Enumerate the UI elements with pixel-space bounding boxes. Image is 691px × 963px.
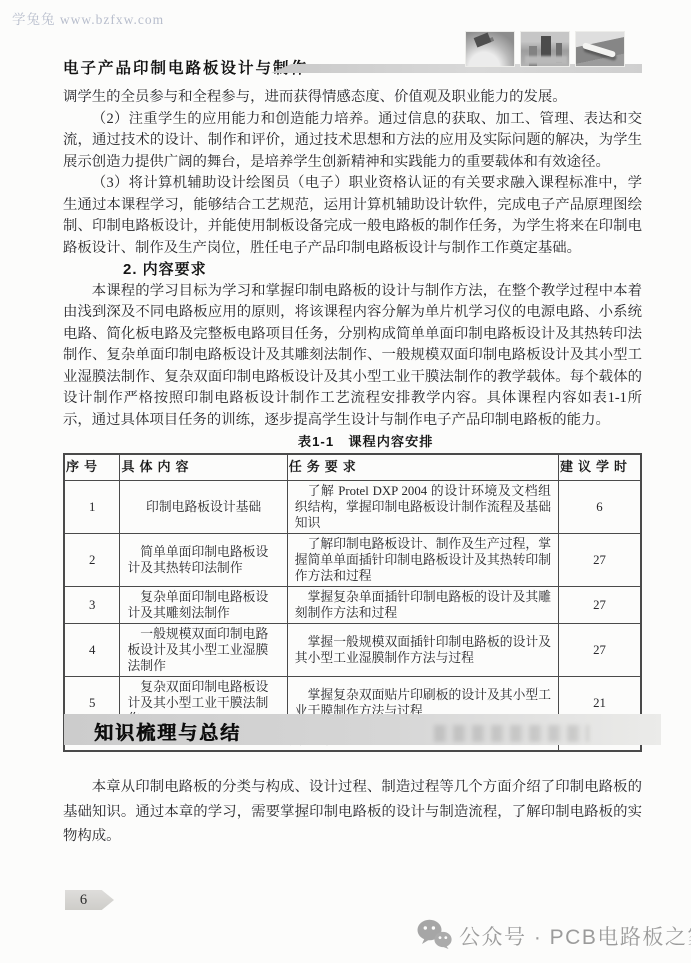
table-row: 3 复杂单面印制电路板设计及其雕刻法制作 掌握复杂单面插针印制电路板的设计及其雕… bbox=[64, 587, 641, 624]
summary-paragraph: 本章从印制电路板的分类与构成、设计过程、制造过程等几个方面介绍了印制电路板的基础… bbox=[63, 775, 642, 849]
page-number: 6 bbox=[80, 892, 87, 909]
table-row: 2 简单单面印制电路板设计及其热转印法制作 了解印制电路板设计、制作及生产过程，… bbox=[64, 534, 641, 587]
book-title: 电子产品印制电路板设计与制作 bbox=[63, 56, 308, 78]
cell-content: 复杂单面印制电路板设计及其雕刻法制作 bbox=[120, 587, 287, 624]
wechat-icon bbox=[417, 919, 452, 954]
section-heading-content-requirements: 2. 内容要求 bbox=[63, 259, 642, 281]
footer-account-text: 公众号 · PCB电路板之家 bbox=[459, 921, 691, 951]
cell-task: 了解 Protel DXP 2004 的设计环境及文档组织结构，掌握印制电路板设… bbox=[287, 481, 558, 534]
main-text-block: 调学生的全员参与和全程参与，进而获得情感态度、价值观及职业能力的发展。 （2）注… bbox=[63, 87, 642, 752]
table-caption: 表1-1 课程内容安排 bbox=[63, 431, 642, 453]
table-row: 4 一般规模双面印制电路板设计及其小型工业湿膜法制作 掌握一般规模双面插针印制电… bbox=[64, 624, 641, 677]
cell-no: 1 bbox=[64, 481, 120, 534]
highspeed-train-photo bbox=[575, 31, 625, 67]
cell-task: 掌握一般规模双面插针印制电路板的设计及其小型工业湿膜制作方法与过程 bbox=[287, 624, 558, 677]
cell-no: 2 bbox=[64, 534, 120, 587]
cell-no: 4 bbox=[64, 624, 120, 677]
summary-banner-bar: 知识梳理与总结 bbox=[64, 714, 661, 745]
site-watermark: 学兔兔 www.bzfxw.com bbox=[12, 8, 164, 28]
cell-no: 3 bbox=[64, 587, 120, 624]
cell-hours: 27 bbox=[558, 587, 641, 624]
course-arrangement-table: 序号 具体内容 任务要求 建议学时 1 印制电路板设计基础 了解 Protel … bbox=[63, 453, 642, 752]
paragraph-continuation: 调学生的全员参与和全程参与，进而获得情感态度、价值观及职业能力的发展。 bbox=[63, 87, 642, 109]
page-number-tab: 6 bbox=[65, 890, 114, 910]
footer-watermark: 公众号 · PCB电路板之家 bbox=[417, 920, 691, 952]
table-header-row: 序号 具体内容 任务要求 建议学时 bbox=[64, 454, 641, 481]
page-showthrough-ghost bbox=[434, 725, 589, 742]
cell-content: 一般规模双面印制电路板设计及其小型工业湿膜法制作 bbox=[120, 624, 287, 677]
paragraph-course-requirements: 本课程的学习目标为学习和掌握印制电路板的设计与制作方法，在整个教学过程中本着由浅… bbox=[63, 281, 642, 432]
col-header-hours: 建议学时 bbox=[558, 454, 641, 481]
paragraph-point-3: （3）将计算机辅助设计绘图员（电子）职业资格认证的有关要求融入课程标准中，学生通… bbox=[63, 173, 642, 259]
table-row: 1 印制电路板设计基础 了解 Protel DXP 2004 的设计环境及文档组… bbox=[64, 481, 641, 534]
scanned-book-page: 学兔兔 www.bzfxw.com 电子产品印制电路板设计与制作 调学生的全员参… bbox=[0, 0, 691, 963]
cell-hours: 27 bbox=[558, 534, 641, 587]
cell-task: 了解印制电路板设计、制作及生产过程，掌握简单单面插针印制电路板设计及其热转印制作… bbox=[287, 534, 558, 587]
summary-banner-title: 知识梳理与总结 bbox=[94, 718, 241, 745]
cell-content: 印制电路板设计基础 bbox=[120, 481, 287, 534]
cell-task: 掌握复杂单面插针印制电路板的设计及其雕刻制作方法和过程 bbox=[287, 587, 558, 624]
header-photo-strip bbox=[465, 31, 625, 67]
circuit-industry-photo bbox=[520, 31, 570, 67]
satellite-photo bbox=[465, 31, 515, 67]
paragraph-point-2: （2）注重学生的应用能力和创造能力培养。通过信息的获取、加工、管理、表达和交流，… bbox=[63, 109, 642, 174]
cell-hours: 27 bbox=[558, 624, 641, 677]
cell-content: 简单单面印制电路板设计及其热转印法制作 bbox=[120, 534, 287, 587]
col-header-no: 序号 bbox=[64, 454, 120, 481]
col-header-content: 具体内容 bbox=[120, 454, 287, 481]
cell-hours: 6 bbox=[558, 481, 641, 534]
col-header-task: 任务要求 bbox=[287, 454, 558, 481]
